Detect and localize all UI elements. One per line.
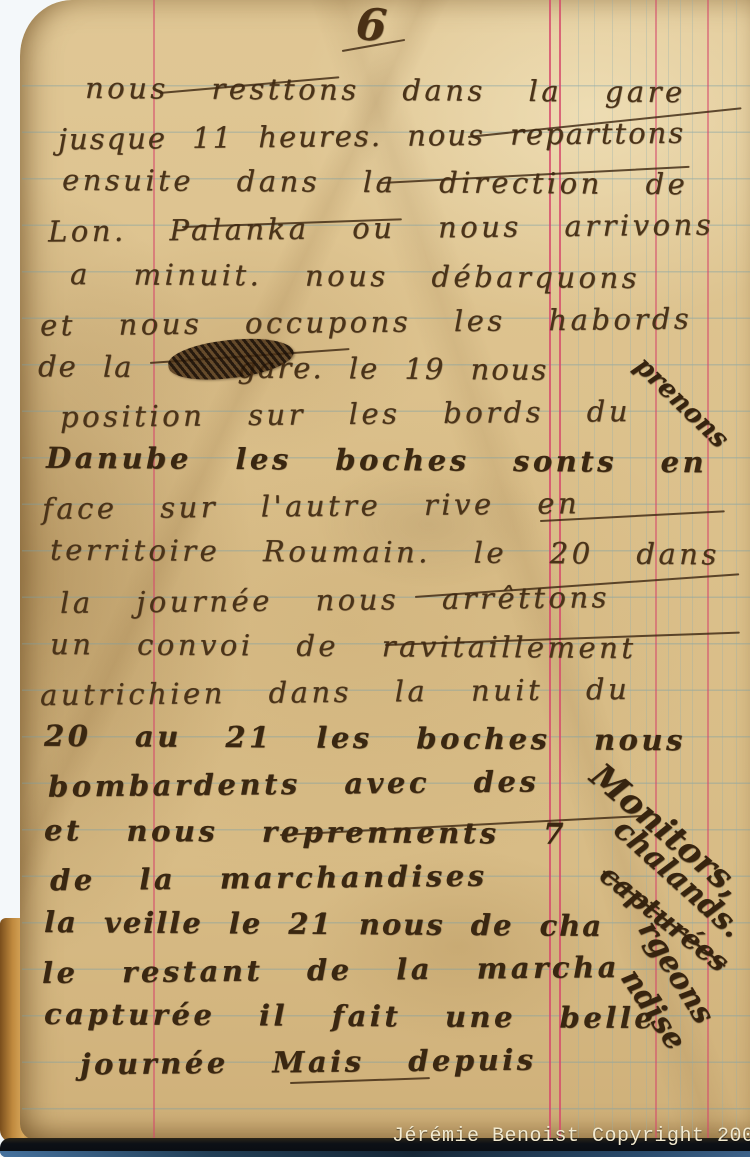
- copyright-watermark: Jérémie Benoist Copyright 2008: [392, 1125, 750, 1148]
- handwriting-line: bombardents avec des: [48, 767, 539, 801]
- handwriting-line: 20 au 21 les boches nous: [44, 722, 686, 755]
- handwriting-line: un convoi de ravitaillement: [50, 630, 637, 663]
- handwriting-line: autrichien dans la nuit du: [40, 675, 630, 710]
- handwriting-segment: de la: [38, 349, 134, 384]
- handwriting-line: position sur les bords du: [60, 397, 631, 432]
- handwriting-line: capturée il fait une belle: [44, 1000, 657, 1033]
- handwriting-line: journée Mais depuis: [80, 1046, 537, 1080]
- handwriting-line: de la marchandises: [50, 862, 488, 896]
- handwriting-line: Lon. Palanka ou nous arrivons: [48, 211, 714, 247]
- handwriting-line: face sur l'autre rive en: [42, 489, 580, 524]
- scan-background: 6 nous resttons dans la gare jusque 11 h…: [0, 0, 750, 1157]
- handwriting-line: Danube les boches sonts en: [46, 444, 707, 478]
- handwriting-line: a minuit. nous débarquons: [70, 260, 640, 293]
- handwriting-line: la veille le 21 nous de cha: [44, 908, 603, 941]
- handwriting-line: territoire Roumain. le 20 dans: [50, 536, 720, 570]
- handwriting-line: le restant de la marcha: [42, 953, 620, 988]
- handwriting-line: et nous occupons les habords: [40, 305, 692, 341]
- handwriting-line: de lagare. le 19 nous: [38, 352, 549, 385]
